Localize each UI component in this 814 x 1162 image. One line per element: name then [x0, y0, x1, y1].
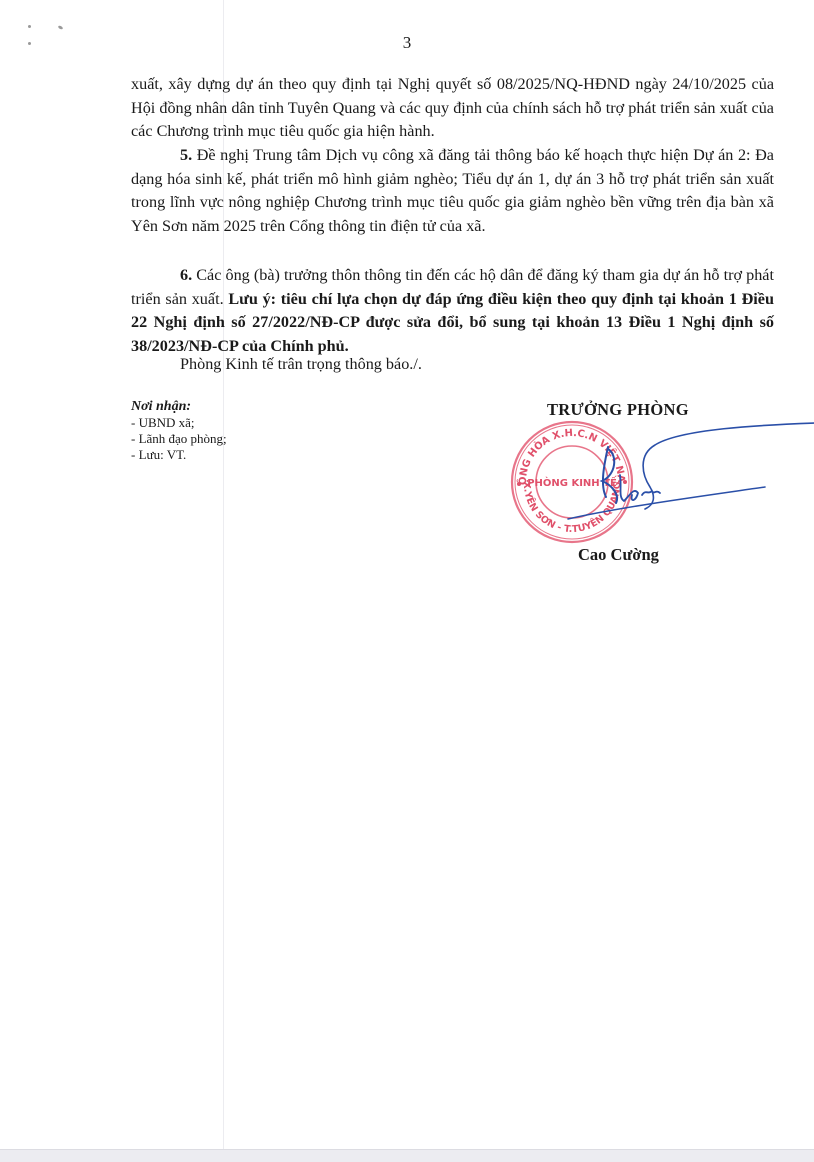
- item-6-note: Lưu ý: tiêu chí lựa chọn dự đáp ứng điều…: [131, 290, 774, 355]
- recipient-item: - Lãnh đạo phòng;: [131, 431, 227, 447]
- recipients-header: Nơi nhận:: [131, 399, 227, 415]
- signer-name: Cao Cường: [578, 545, 659, 565]
- page-number: 3: [0, 33, 814, 53]
- page-bottom-edge: [0, 1149, 814, 1162]
- item-5-text: Đề nghị Trung tâm Dịch vụ công xã đăng t…: [131, 146, 774, 235]
- closing-line: Phòng Kinh tế trân trọng thông báo./.: [180, 355, 422, 374]
- paragraph-item-6: 6. Các ông (bà) trưởng thôn thông tin đế…: [131, 264, 774, 358]
- handwritten-signature-icon: [560, 415, 814, 525]
- scan-speck: [58, 25, 64, 30]
- recipient-item: - Lưu: VT.: [131, 447, 227, 463]
- paragraph-continuation: xuất, xây dựng dự án theo quy định tại N…: [131, 73, 774, 144]
- item-6-number: 6.: [180, 266, 192, 284]
- recipient-item: - UBND xã;: [131, 415, 227, 431]
- item-5-number: 5.: [180, 146, 192, 164]
- paragraph-item-5: 5. Đề nghị Trung tâm Dịch vụ công xã đăn…: [131, 144, 774, 238]
- recipients-block: Nơi nhận: - UBND xã; - Lãnh đạo phòng; -…: [131, 399, 227, 463]
- scan-speck: [28, 25, 31, 28]
